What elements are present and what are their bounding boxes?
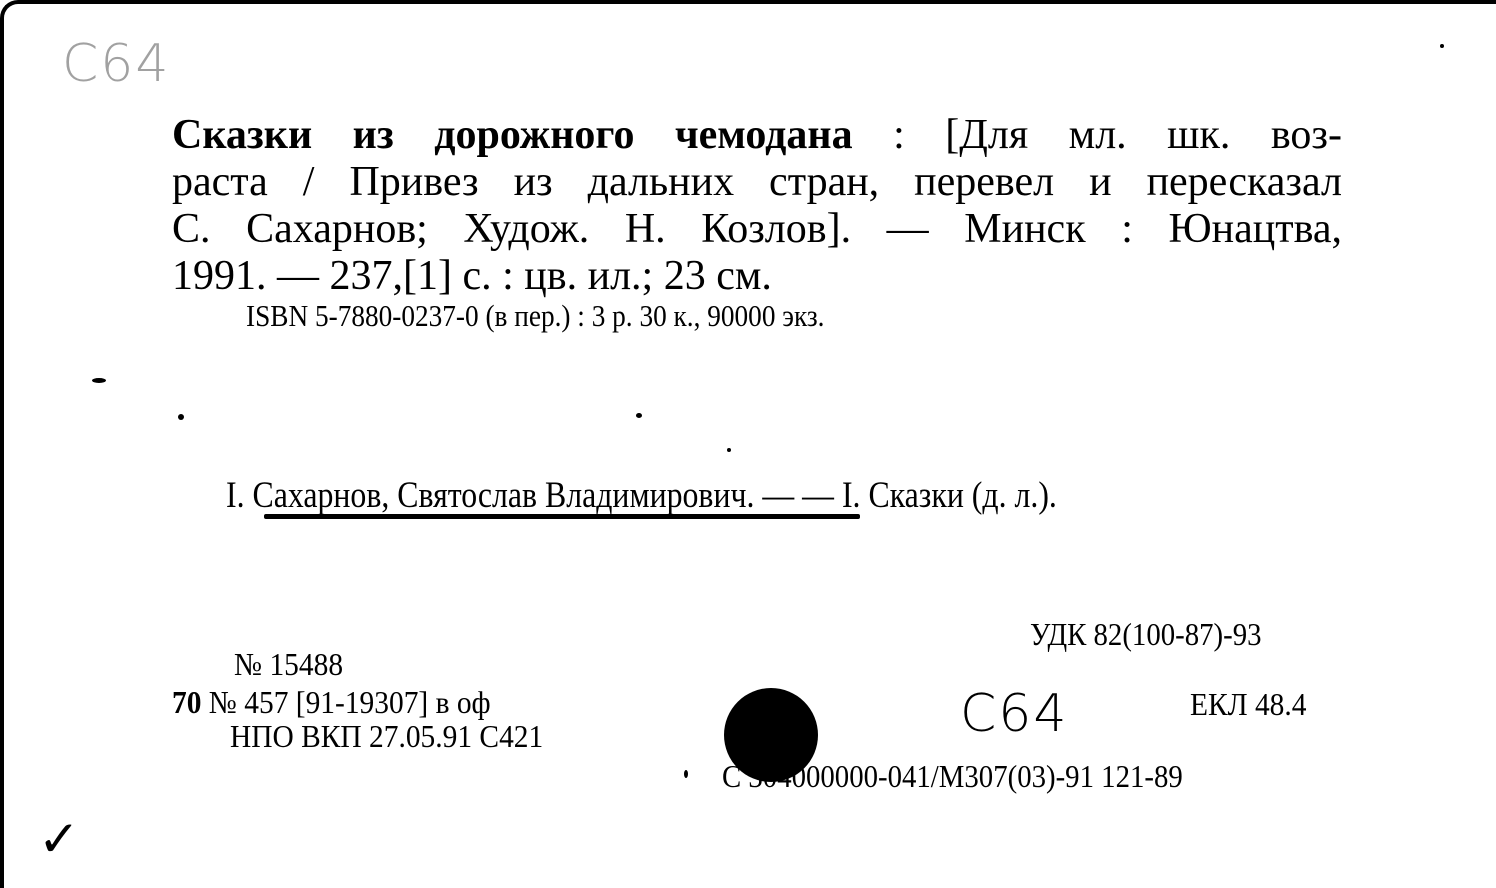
- ink-speck: [727, 448, 731, 452]
- check-mark-icon: ✓: [38, 810, 80, 868]
- book-title: Сказки из дорожного чемодана: [172, 112, 853, 158]
- order-line: 70 № 457 [91-19307] в оф: [172, 684, 491, 721]
- ink-speck: [1440, 44, 1444, 48]
- handwritten-shelf-mark: С64: [960, 684, 1068, 744]
- description-line-4: 1991. — 237,[1] с. : цв. ил.; 23 см.: [172, 253, 1342, 300]
- bibliographic-description: Сказки из дорожного чемодана : [Для мл. …: [172, 112, 1342, 300]
- ink-speck: [92, 378, 106, 383]
- udk-code: УДК 82(100-87)-93: [1030, 616, 1261, 653]
- description-line-2: раста / Привез из дальних стран, перевел…: [172, 159, 1342, 206]
- isbn-line: ISBN 5-7880-0237-0 (в пер.) : 3 р. 30 к.…: [246, 298, 824, 334]
- publisher-line: НПО ВКП 27.05.91 С421: [230, 718, 543, 755]
- description-line-1: Сказки из дорожного чемодана : [Для мл. …: [172, 112, 1342, 159]
- ink-speck: [684, 770, 688, 778]
- tracing-line: I. Сахарнов, Святослав Владимирович. — —…: [226, 474, 1057, 517]
- author-underline: [264, 514, 860, 519]
- description-line-3: С. Сахарнов; Худож. Н. Козлов]. — Минск …: [172, 206, 1342, 253]
- ink-speck: [636, 413, 642, 418]
- order-prefix: 70: [172, 684, 201, 720]
- tracing-subject: — — I. Сказки (д. л.).: [754, 475, 1056, 516]
- title-continuation: : [Для мл. шк. воз-: [853, 112, 1342, 158]
- ekl-code: ЕКЛ 48.4: [1190, 686, 1306, 723]
- corner-handwritten-mark: С64: [62, 34, 170, 94]
- record-number: № 15488: [234, 646, 343, 683]
- tracing-author: I. Сахарнов, Святослав Владимирович.: [226, 475, 754, 516]
- ink-speck: [178, 414, 184, 420]
- order-rest: № 457 [91-19307] в оф: [201, 684, 490, 720]
- hole-punch: [724, 688, 818, 782]
